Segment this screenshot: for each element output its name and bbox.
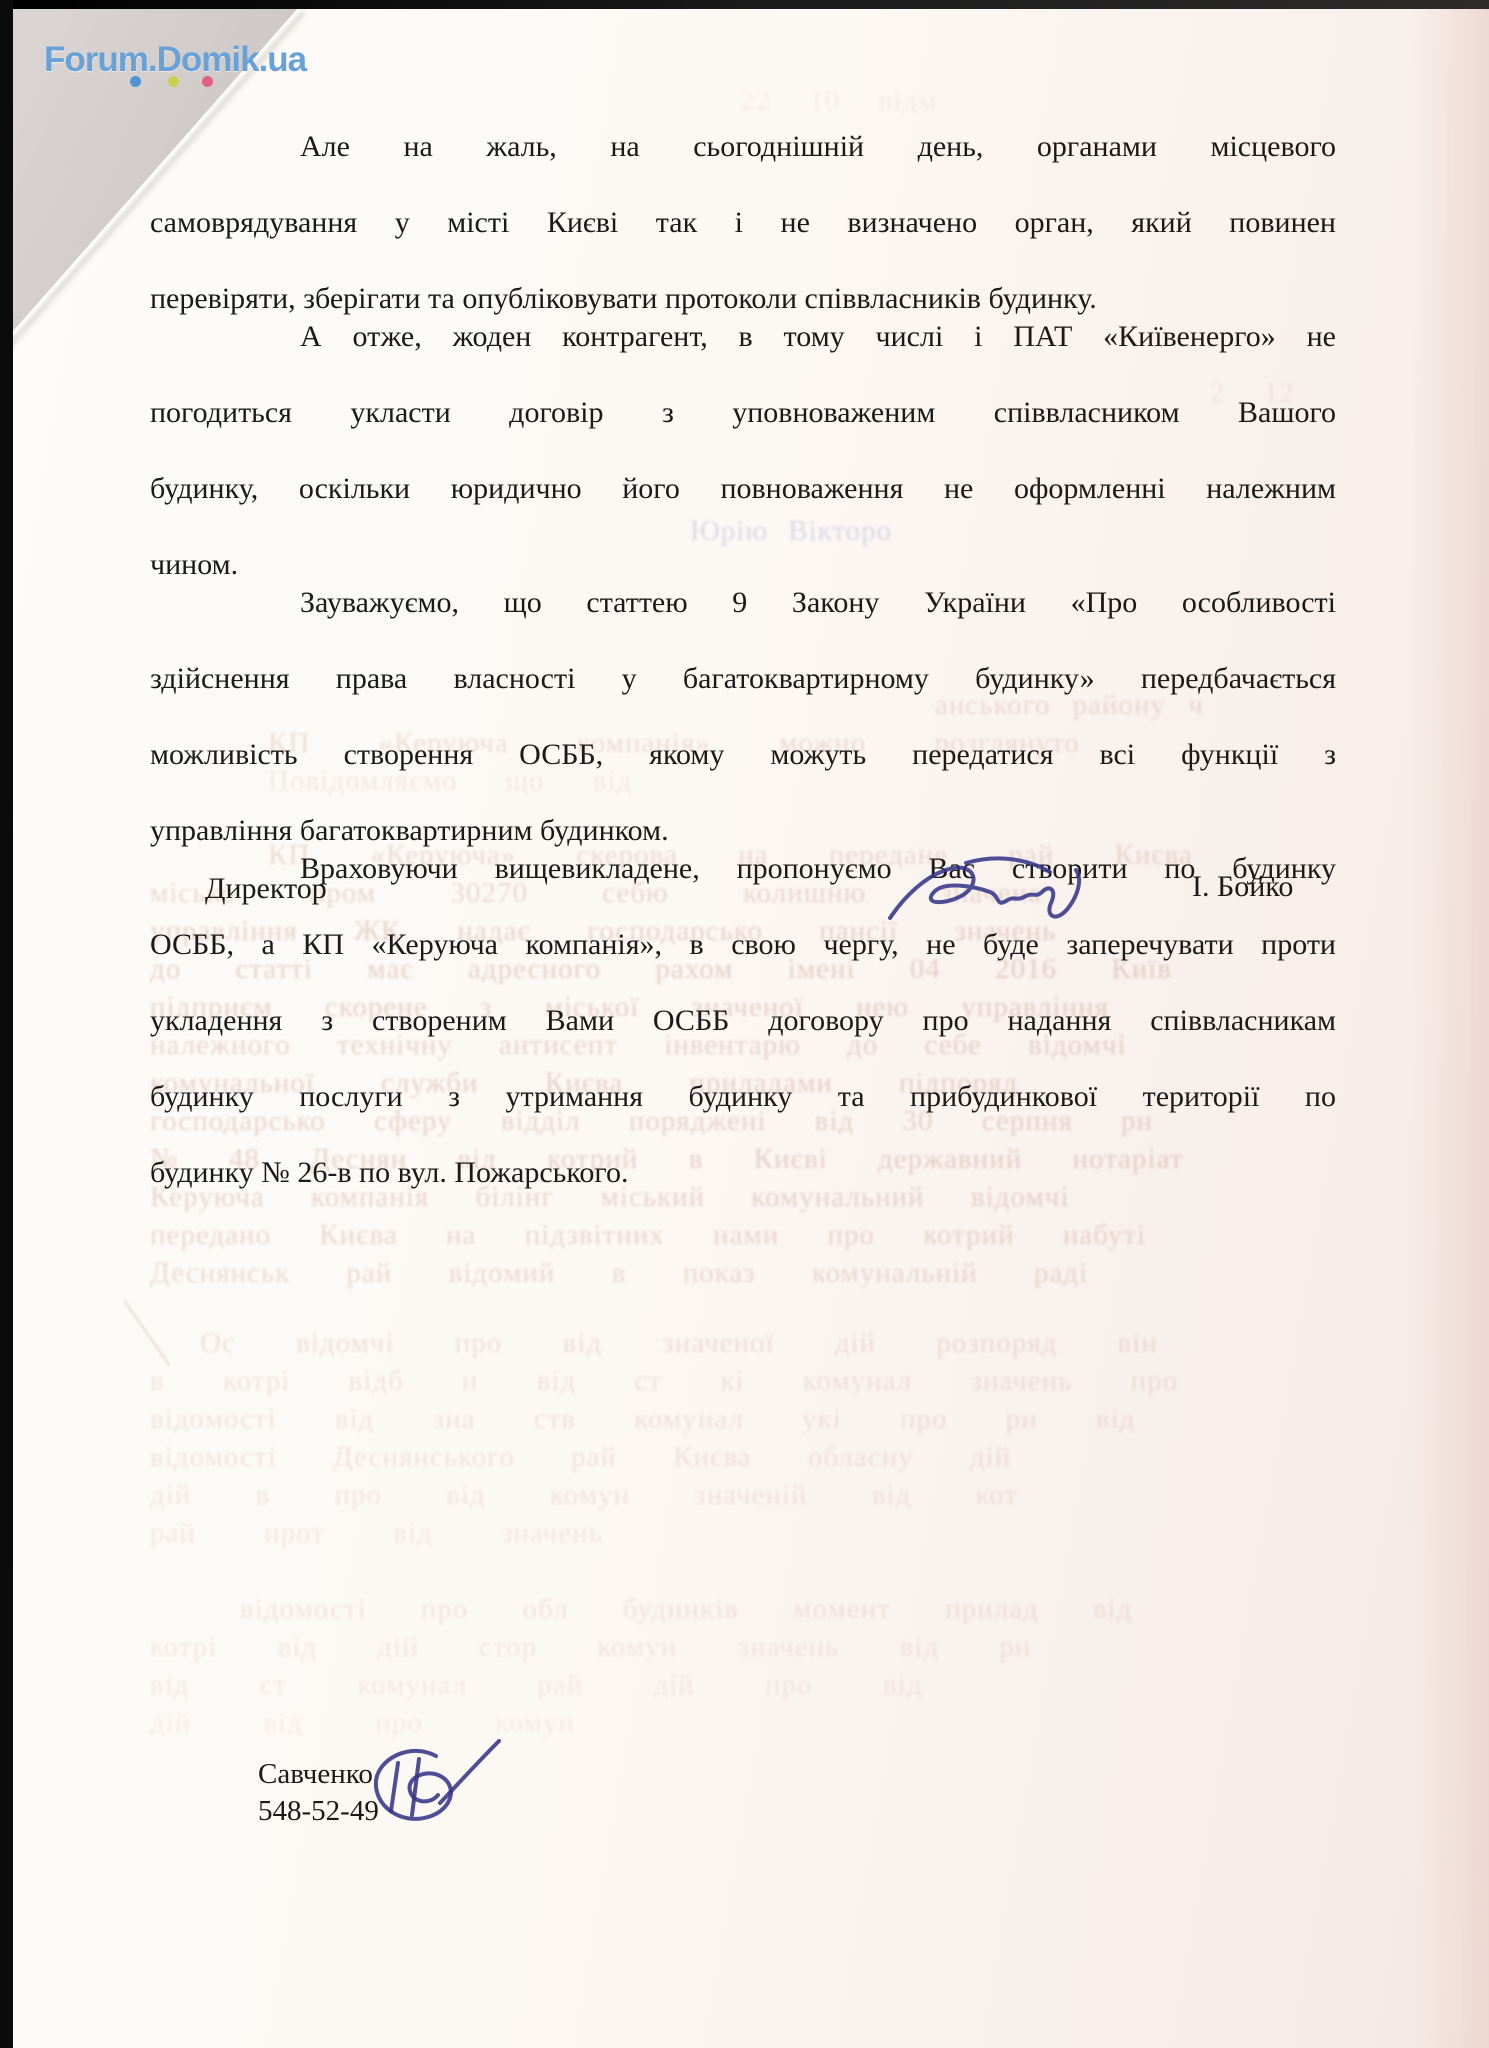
scanner-edge-top xyxy=(0,0,1489,9)
ghost-text-line: рай прот від значень xyxy=(150,1516,1050,1550)
letter-body: Але на жаль, на сьогоднішній день, орган… xyxy=(150,128,1336,1192)
letter-line: ОСББ, а КП «Керуюча компанія», в свою че… xyxy=(150,926,1336,1002)
ghost-text-line: відомості про обл будинків момент прилад… xyxy=(240,1592,1330,1626)
logo-yellow-dot-icon xyxy=(168,76,179,87)
scanned-letter-page: { "watermark": { "logo_text": "Forum.Dom… xyxy=(0,0,1489,2048)
logo-dot-separator xyxy=(190,75,192,88)
letter-line: здійснення права власності у багатокварт… xyxy=(150,660,1336,736)
letter-line: будинку послуги з утримання будинку та п… xyxy=(150,1078,1336,1154)
letter-line: самоврядування у місті Києві так і не ви… xyxy=(150,204,1336,280)
letter-line: управління багатоквартирним будинком. xyxy=(150,812,1336,850)
letter-line: чином. xyxy=(150,546,1336,584)
ghost-text-line: від ст комунал рай дій про від xyxy=(150,1668,1330,1702)
scanner-edge-left xyxy=(0,0,13,2048)
letter-line: А отже, жоден контрагент, в тому числі і… xyxy=(150,318,1336,394)
logo-dot-separator xyxy=(154,75,156,88)
letter-line: будинку № 26-в по вул. Пожарського. xyxy=(150,1154,1336,1192)
signoff-title: Директор xyxy=(205,870,327,908)
letter-line: укладення з створеним Вами ОСББ договору… xyxy=(150,1002,1336,1078)
ghost-text-line: в котрі відб н від ст кі комунал значень… xyxy=(150,1364,1330,1398)
ghost-text-line: дій від про комун xyxy=(150,1706,1150,1740)
ghost-text-line: Деснянськ рай відомий в показ комунальні… xyxy=(150,1256,1330,1290)
letter-line: погодиться укласти договір з уповноважен… xyxy=(150,394,1336,470)
ghost-text-line: відомості Деснянського рай Києва обласну… xyxy=(150,1440,1330,1474)
signoff-row: Директор І. Бойко xyxy=(0,862,1489,908)
letter-line: можливість створення ОСББ, якому можуть … xyxy=(150,736,1336,812)
ghost-text-line: 22 10 відм xyxy=(740,84,1070,118)
ghost-text-line: Ос відомчі про від значеної дій розпоряд… xyxy=(200,1326,1330,1360)
signoff-name: І. Бойко xyxy=(1192,868,1293,906)
logo-blue-dot-icon xyxy=(130,76,141,87)
letter-line: будинку, оскільки юридично його повноваж… xyxy=(150,470,1336,546)
reference-signature xyxy=(340,1732,510,1838)
ghost-text-line: відомості від зна ств комунал укі про рн… xyxy=(150,1402,1330,1436)
letter-line: Але на жаль, на сьогоднішній день, орган… xyxy=(150,128,1336,204)
ghost-text-line: котрі від дій стор комун значень від рн xyxy=(150,1630,1330,1664)
letter-line: перевіряти, зберігати та опубліковувати … xyxy=(150,280,1336,318)
ghost-text-line: передано Києва на підзвітних нами про ко… xyxy=(150,1218,1330,1252)
letter-line: Зауважуємо, що статтею 9 Закону України … xyxy=(150,584,1336,660)
watermark-logo: Forum.Domik.ua xyxy=(44,40,306,80)
logo-pink-dot-icon xyxy=(202,76,213,87)
director-signature xyxy=(878,850,1093,942)
ghost-text-line: дій в про від комун значеній від кот xyxy=(150,1478,1330,1512)
